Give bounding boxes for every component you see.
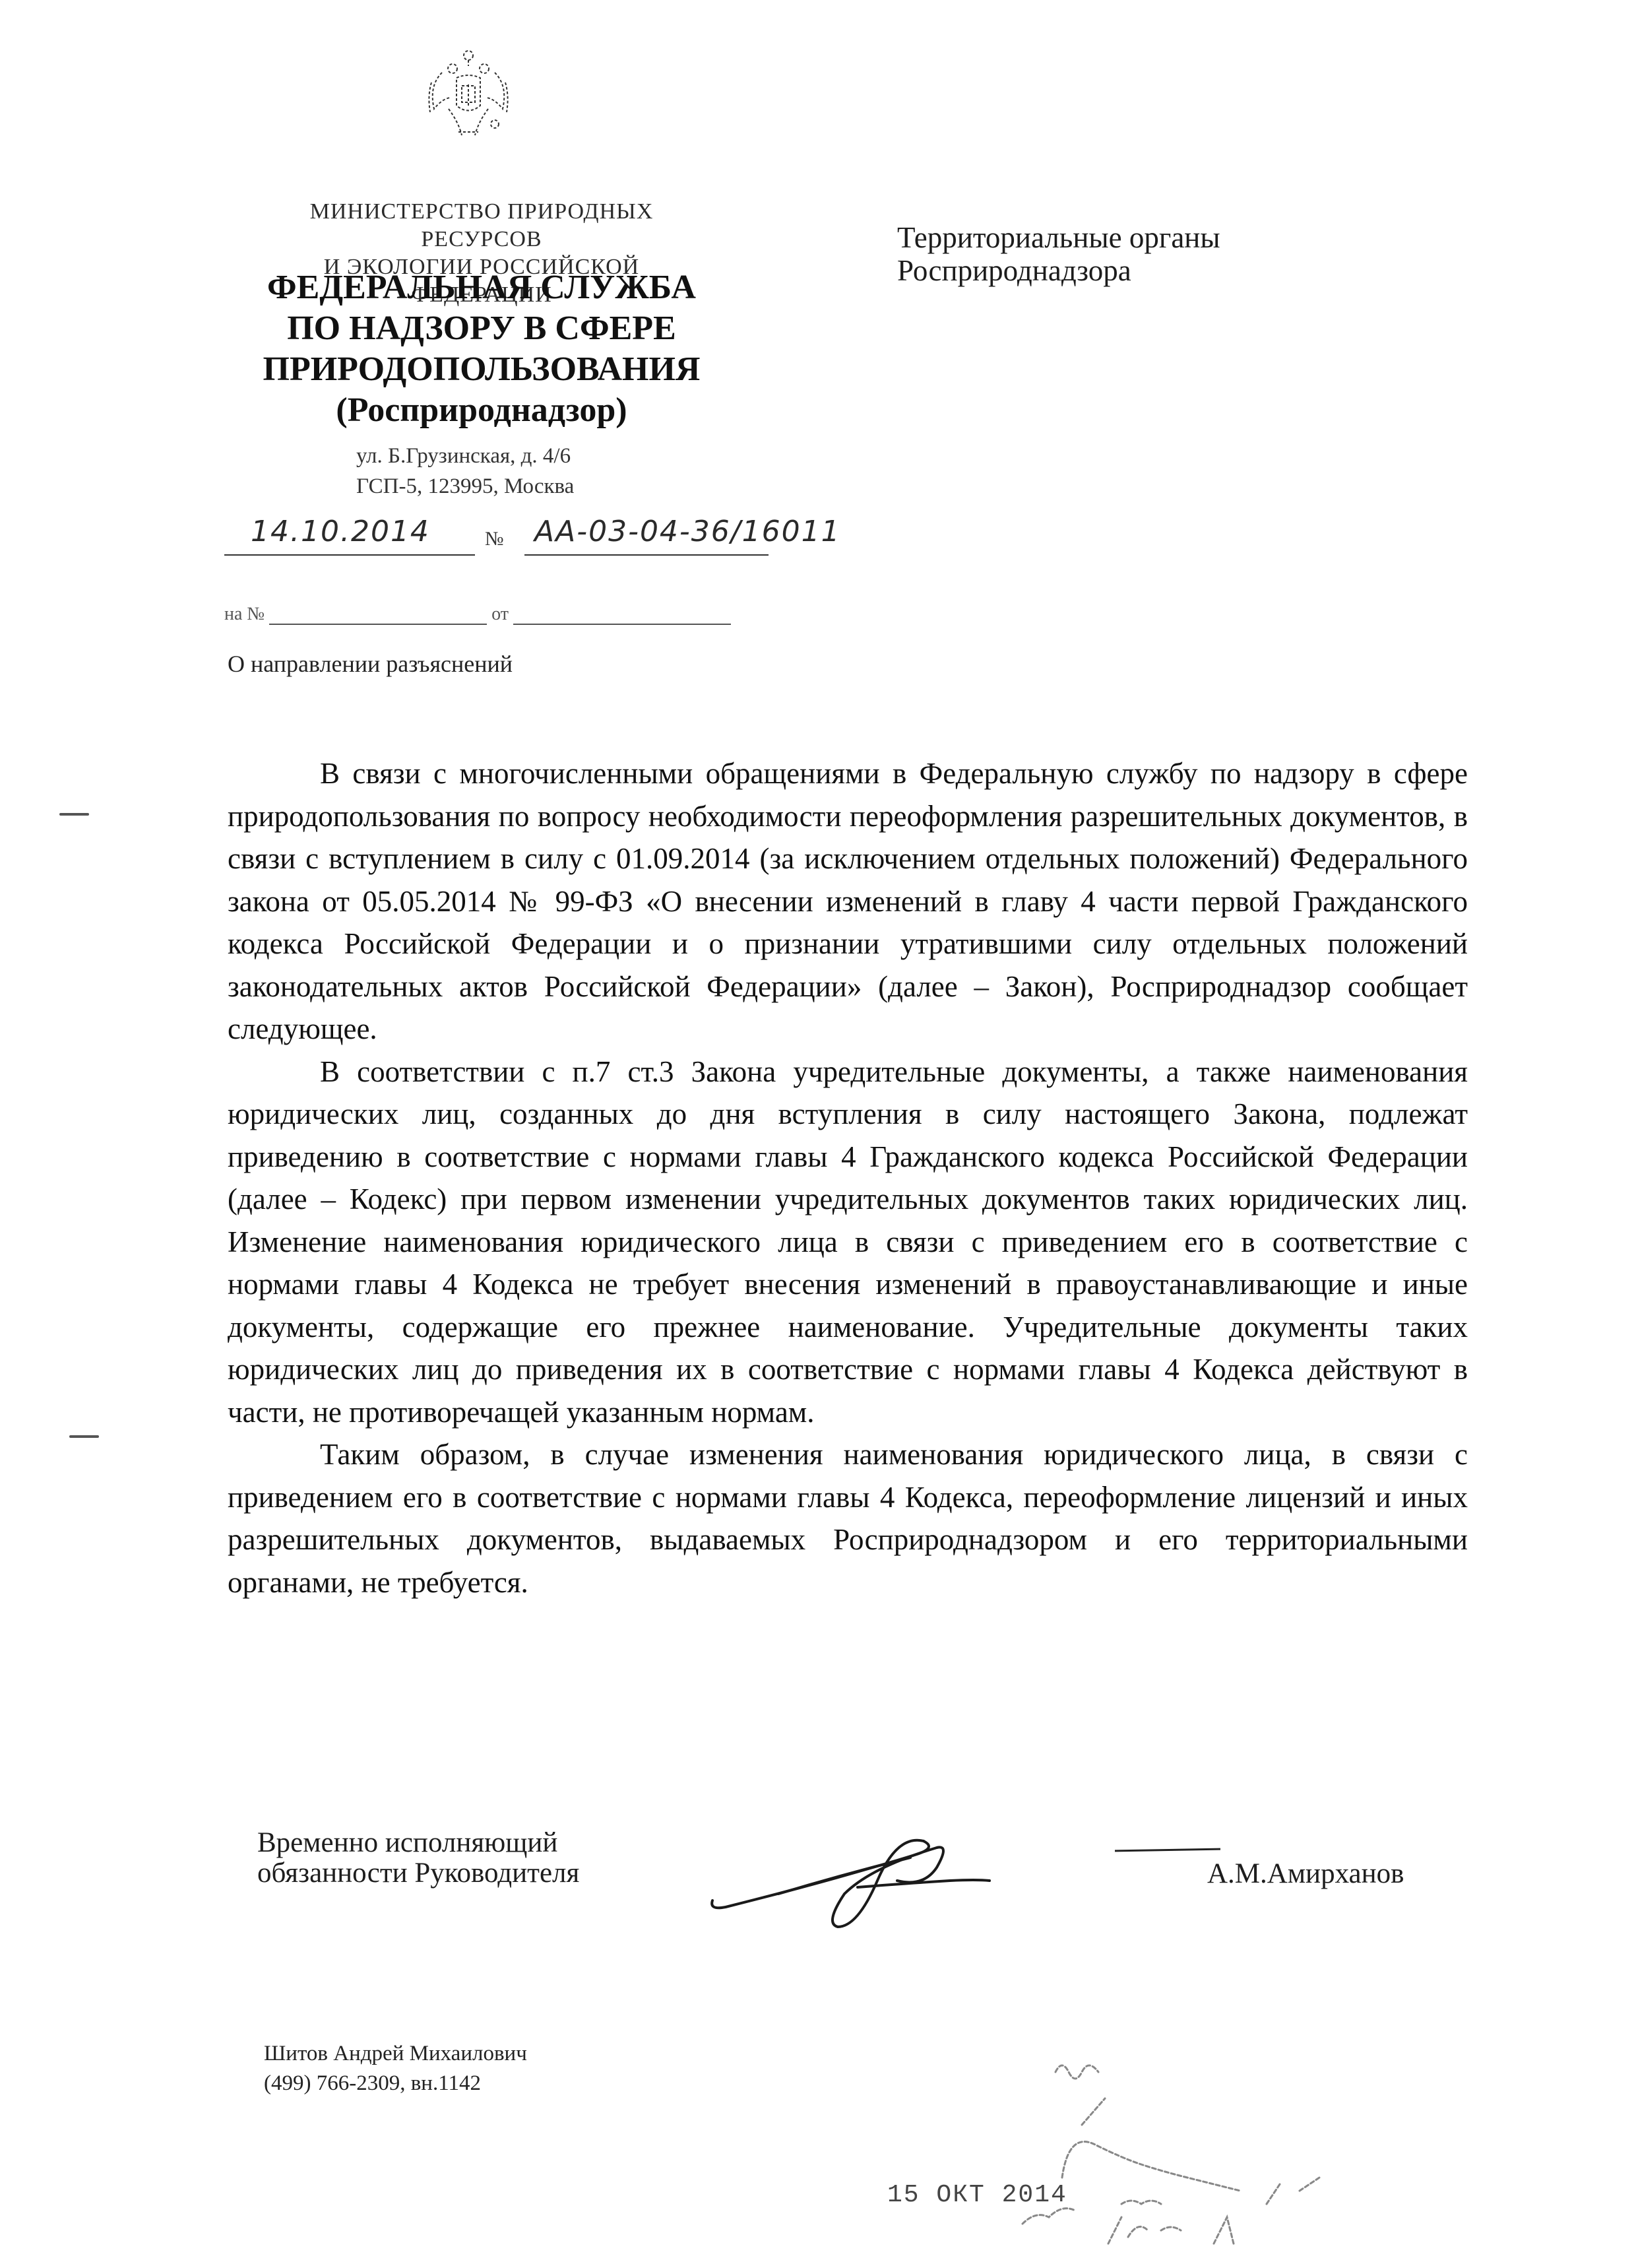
reference-row: 14.10.2014 № АА-03-04-36/16011 xyxy=(224,515,1016,561)
signatory-title-line-1: Временно исполняющий xyxy=(257,1828,579,1858)
agency-short-name: (Росприроднадзор) xyxy=(237,390,726,431)
signatory-title-line-2: обязанности Руководителя xyxy=(257,1858,579,1889)
ministry-line-1: МИНИСТЕРСТВО ПРИРОДНЫХ РЕСУРСОВ xyxy=(251,198,712,253)
agency-line-2: ПО НАДЗОРУ В СФЕРЕ xyxy=(237,308,726,349)
agency-line-3: ПРИРОДОПОЛЬЗОВАНИЯ xyxy=(237,349,726,390)
agency-line-1: ФЕДЕРАЛЬНАЯ СЛУЖБА xyxy=(237,267,726,308)
signatory-name: А.М.Амирханов xyxy=(1207,1858,1404,1890)
reply-reference-row: на № от xyxy=(224,604,818,625)
body-paragraph-2: В соответствии с п.7 ст.3 Закона учредит… xyxy=(228,1051,1468,1434)
subject-line: О направлении разъяснений xyxy=(228,650,513,678)
executor-name: Шитов Андрей Михаилович xyxy=(264,2039,527,2069)
reply-from-label: от xyxy=(491,604,509,624)
addressee-line-2: Росприроднадзора xyxy=(897,254,1359,287)
signatory-title: Временно исполняющий обязанности Руковод… xyxy=(257,1828,579,1889)
addressee-line-1: Территориальные органы xyxy=(897,221,1359,254)
document-number: АА-03-04-36/16011 xyxy=(534,515,841,548)
handwritten-signature-icon xyxy=(699,1828,1108,1940)
number-label: № xyxy=(485,528,504,550)
receipt-stamp-date: 15 ОКТ 2014 xyxy=(887,2181,1067,2209)
signature-dash xyxy=(1115,1848,1220,1852)
handwritten-receipt-note-icon xyxy=(990,2032,1517,2257)
document-date: 14.10.2014 xyxy=(251,515,430,548)
agency-name: ФЕДЕРАЛЬНАЯ СЛУЖБА ПО НАДЗОРУ В СФЕРЕ ПР… xyxy=(237,267,726,431)
coat-of-arms-icon xyxy=(422,46,515,142)
executor-phone: (499) 766-2309, вн.1142 xyxy=(264,2069,527,2098)
letter-body: В связи с многочисленными обращениями в … xyxy=(228,752,1468,1604)
reply-number-blank xyxy=(269,610,487,625)
agency-address: ул. Б.Грузинская, д. 4/6 ГСП-5, 123995, … xyxy=(356,441,673,502)
margin-mark xyxy=(59,813,89,816)
body-paragraph-3: Таким образом, в случае изменения наимен… xyxy=(228,1433,1468,1604)
margin-mark xyxy=(69,1435,99,1438)
reply-date-blank xyxy=(513,610,731,625)
address-line-2: ГСП-5, 123995, Москва xyxy=(356,471,673,502)
date-underline xyxy=(224,554,475,556)
executor-info: Шитов Андрей Михаилович (499) 766-2309, … xyxy=(264,2039,527,2098)
number-underline xyxy=(524,554,769,556)
address-line-1: ул. Б.Грузинская, д. 4/6 xyxy=(356,441,673,471)
reply-number-label: на № xyxy=(224,604,265,624)
addressee: Территориальные органы Росприроднадзора xyxy=(897,221,1359,287)
body-paragraph-1: В связи с многочисленными обращениями в … xyxy=(228,752,1468,1051)
